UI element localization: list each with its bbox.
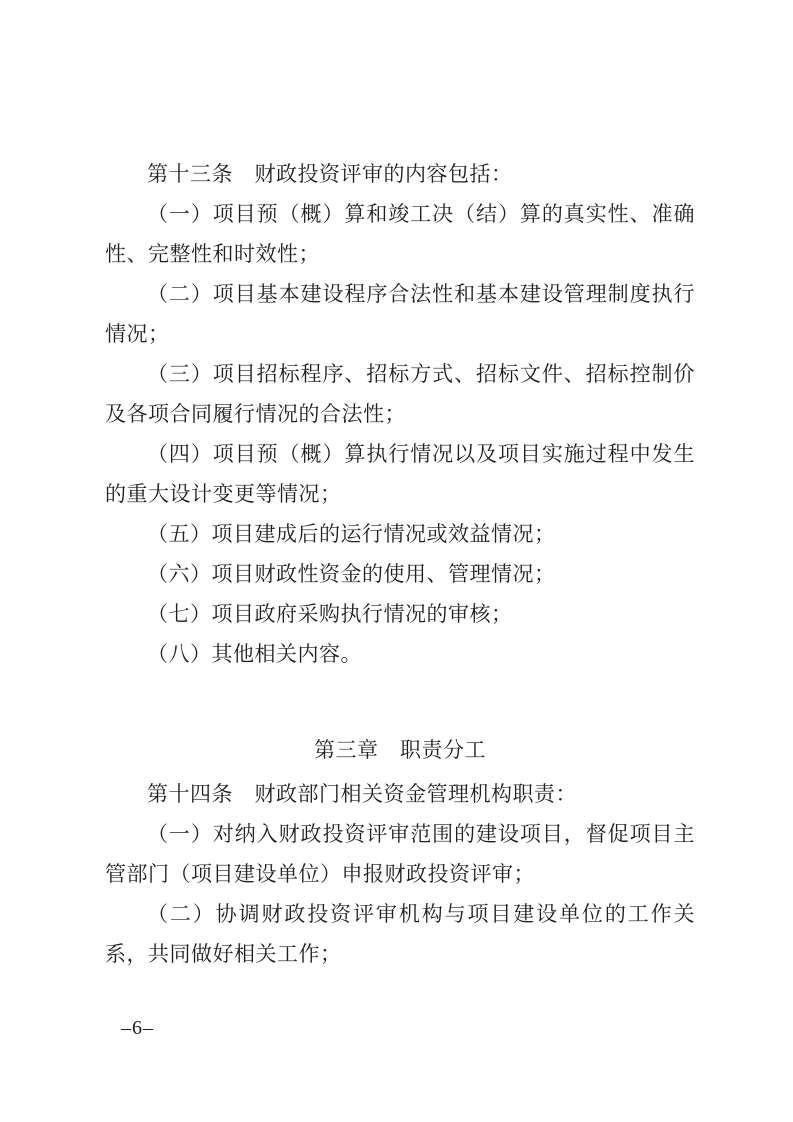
document-paragraph: （五）项目建成后的运行情况或效益情况； xyxy=(105,514,695,554)
document-paragraph: （一）对纳入财政投资评审范围的建设项目，督促项目主管部门（项目建设单位）申报财政… xyxy=(105,814,695,894)
article-13-block: 第十三条 财政投资评审的内容包括：（一）项目预（概）算和竣工决（结）算的真实性、… xyxy=(105,154,695,674)
document-paragraph: （八）其他相关内容。 xyxy=(105,634,695,674)
chapter-heading: 第三章 职责分工 xyxy=(105,730,695,770)
document-paragraph: （二）协调财政投资评审机构与项目建设单位的工作关系，共同做好相关工作； xyxy=(105,894,695,974)
document-paragraph: （一）项目预（概）算和竣工决（结）算的真实性、准确性、完整性和时效性； xyxy=(105,194,695,274)
document-page: 第十三条 财政投资评审的内容包括：（一）项目预（概）算和竣工决（结）算的真实性、… xyxy=(0,0,793,1122)
document-paragraph: 第十三条 财政投资评审的内容包括： xyxy=(105,154,695,194)
article-14-block: 第十四条 财政部门相关资金管理机构职责：（一）对纳入财政投资评审范围的建设项目，… xyxy=(105,774,695,974)
page-number: –6– xyxy=(121,1012,154,1044)
document-paragraph: 第十四条 财政部门相关资金管理机构职责： xyxy=(105,774,695,814)
document-paragraph: （三）项目招标程序、招标方式、招标文件、招标控制价及各项合同履行情况的合法性； xyxy=(105,354,695,434)
document-paragraph: （二）项目基本建设程序合法性和基本建设管理制度执行情况； xyxy=(105,274,695,354)
document-body: 第十三条 财政投资评审的内容包括：（一）项目预（概）算和竣工决（结）算的真实性、… xyxy=(105,154,695,974)
document-paragraph: （四）项目预（概）算执行情况以及项目实施过程中发生的重大设计变更等情况； xyxy=(105,434,695,514)
document-paragraph: （六）项目财政性资金的使用、管理情况； xyxy=(105,554,695,594)
document-paragraph: （七）项目政府采购执行情况的审核； xyxy=(105,594,695,634)
